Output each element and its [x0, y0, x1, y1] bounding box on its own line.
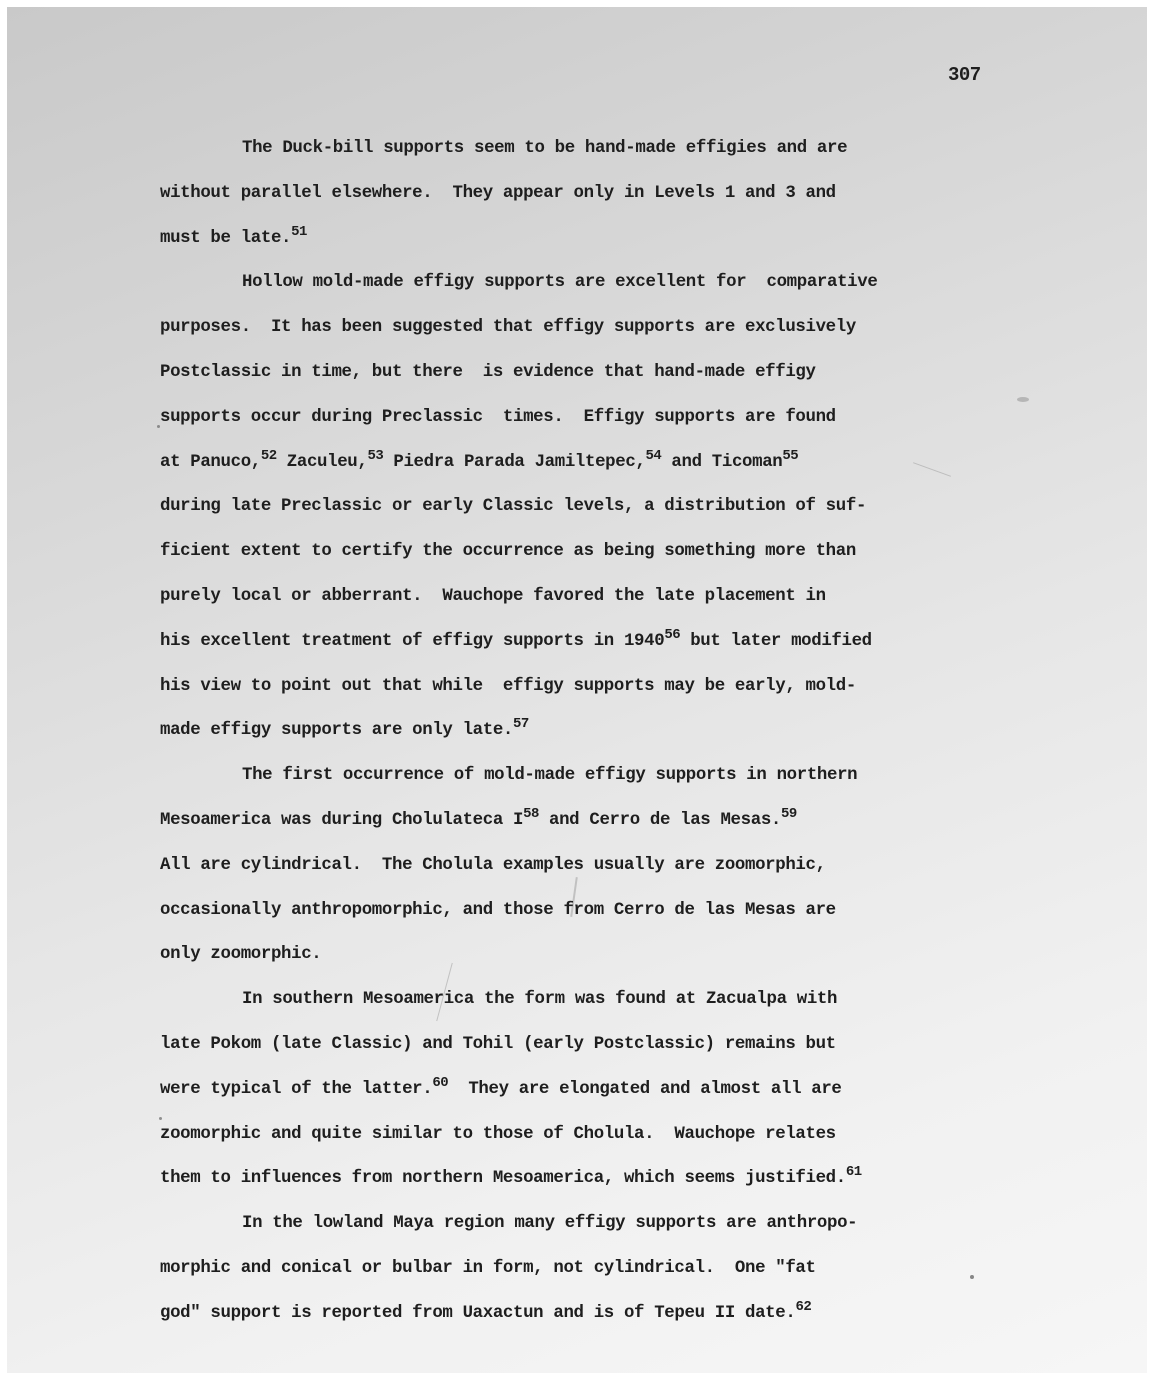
- footnote-marker: 55: [782, 448, 798, 464]
- text-line: In southern Mesoamerica the form was fou…: [160, 985, 990, 1030]
- document-body: The Duck-bill supports seem to be hand-m…: [160, 134, 990, 1344]
- text-segment: were typical of the latter.: [160, 1080, 432, 1099]
- text-line: without parallel elsewhere. They appear …: [160, 179, 990, 224]
- text-line: them to influences from northern Mesoame…: [160, 1164, 990, 1209]
- text-segment: god" support is reported from Uaxactun a…: [160, 1304, 795, 1323]
- footnote-marker: 58: [523, 806, 539, 822]
- text-segment: purposes. It has been suggested that eff…: [160, 318, 856, 337]
- text-line: god" support is reported from Uaxactun a…: [160, 1299, 990, 1344]
- footnote-marker: 59: [781, 806, 797, 822]
- paragraph: The Duck-bill supports seem to be hand-m…: [160, 134, 990, 268]
- text-segment: them to influences from northern Mesoame…: [160, 1169, 846, 1188]
- text-segment: purely local or abberrant. Wauchope favo…: [160, 587, 826, 606]
- text-segment: All are cylindrical. The Cholula example…: [160, 856, 826, 875]
- text-segment: his view to point out that while effigy …: [160, 677, 856, 696]
- text-segment: They are elongated and almost all are: [448, 1080, 841, 1099]
- text-segment: must be late.: [160, 229, 291, 248]
- text-segment: and Ticoman: [661, 453, 782, 472]
- text-segment: Piedra Parada Jamiltepec,: [383, 453, 645, 472]
- footnote-marker: 60: [432, 1075, 448, 1091]
- text-segment: The Duck-bill supports seem to be hand-m…: [242, 139, 847, 158]
- text-line: purely local or abberrant. Wauchope favo…: [160, 582, 990, 627]
- text-line: All are cylindrical. The Cholula example…: [160, 851, 990, 896]
- footnote-marker: 62: [795, 1299, 811, 1315]
- footnote-marker: 56: [664, 627, 680, 643]
- text-line: during late Preclassic or early Classic …: [160, 492, 990, 537]
- text-line: his excellent treatment of effigy suppor…: [160, 627, 990, 672]
- text-line: must be late.51: [160, 224, 990, 269]
- text-segment: late Pokom (late Classic) and Tohil (ear…: [160, 1035, 836, 1054]
- text-line: morphic and conical or bulbar in form, n…: [160, 1254, 990, 1299]
- text-line: The first occurrence of mold-made effigy…: [160, 761, 990, 806]
- text-segment: The first occurrence of mold-made effigy…: [242, 766, 857, 785]
- footnote-marker: 53: [367, 448, 383, 464]
- page-number: 307: [948, 64, 981, 86]
- footnote-marker: 51: [291, 224, 307, 240]
- footnote-marker: 57: [513, 716, 529, 732]
- text-segment: supports occur during Preclassic times. …: [160, 408, 836, 427]
- text-segment: morphic and conical or bulbar in form, n…: [160, 1259, 816, 1278]
- text-segment: In southern Mesoamerica the form was fou…: [242, 990, 837, 1009]
- text-line: supports occur during Preclassic times. …: [160, 403, 990, 448]
- text-segment: Zaculeu,: [277, 453, 368, 472]
- text-segment: only zoomorphic.: [160, 945, 321, 964]
- footnote-marker: 54: [646, 448, 662, 464]
- scan-speck: [1017, 397, 1029, 402]
- text-segment: Hollow mold-made effigy supports are exc…: [242, 273, 877, 292]
- text-segment: made effigy supports are only late.: [160, 721, 513, 740]
- paragraph: The first occurrence of mold-made effigy…: [160, 761, 990, 985]
- text-segment: at Panuco,: [160, 453, 261, 472]
- text-segment: zoomorphic and quite similar to those of…: [160, 1125, 836, 1144]
- text-line: Postclassic in time, but there is eviden…: [160, 358, 990, 403]
- text-line: ficient extent to certify the occurrence…: [160, 537, 990, 582]
- text-segment: Mesoamerica was during Cholulateca I: [160, 811, 523, 830]
- footnote-marker: 61: [846, 1164, 862, 1180]
- text-segment: without parallel elsewhere. They appear …: [160, 184, 836, 203]
- paragraph: Hollow mold-made effigy supports are exc…: [160, 268, 990, 761]
- footnote-marker: 52: [261, 448, 277, 464]
- text-segment: In the lowland Maya region many effigy s…: [242, 1214, 857, 1233]
- text-line: occasionally anthropomorphic, and those …: [160, 896, 990, 941]
- text-segment: and Cerro de las Mesas.: [539, 811, 781, 830]
- text-line: Hollow mold-made effigy supports are exc…: [160, 268, 990, 313]
- text-line: In the lowland Maya region many effigy s…: [160, 1209, 990, 1254]
- paragraph: In the lowland Maya region many effigy s…: [160, 1209, 990, 1343]
- paragraph: In southern Mesoamerica the form was fou…: [160, 985, 990, 1209]
- text-line: late Pokom (late Classic) and Tohil (ear…: [160, 1030, 990, 1075]
- text-segment: but later modified: [680, 632, 872, 651]
- text-segment: ficient extent to certify the occurrence…: [160, 542, 856, 561]
- text-segment: Postclassic in time, but there is eviden…: [160, 363, 816, 382]
- text-segment: occasionally anthropomorphic, and those …: [160, 901, 836, 920]
- text-segment: his excellent treatment of effigy suppor…: [160, 632, 664, 651]
- text-line: The Duck-bill supports seem to be hand-m…: [160, 134, 990, 179]
- text-line: Mesoamerica was during Cholulateca I58 a…: [160, 806, 990, 851]
- text-line: at Panuco,52 Zaculeu,53 Piedra Parada Ja…: [160, 448, 990, 493]
- text-line: zoomorphic and quite similar to those of…: [160, 1120, 990, 1165]
- text-line: made effigy supports are only late.57: [160, 716, 990, 761]
- text-line: were typical of the latter.60 They are e…: [160, 1075, 990, 1120]
- text-line: only zoomorphic.: [160, 940, 990, 985]
- text-segment: during late Preclassic or early Classic …: [160, 497, 866, 516]
- text-line: purposes. It has been suggested that eff…: [160, 313, 990, 358]
- text-line: his view to point out that while effigy …: [160, 672, 990, 717]
